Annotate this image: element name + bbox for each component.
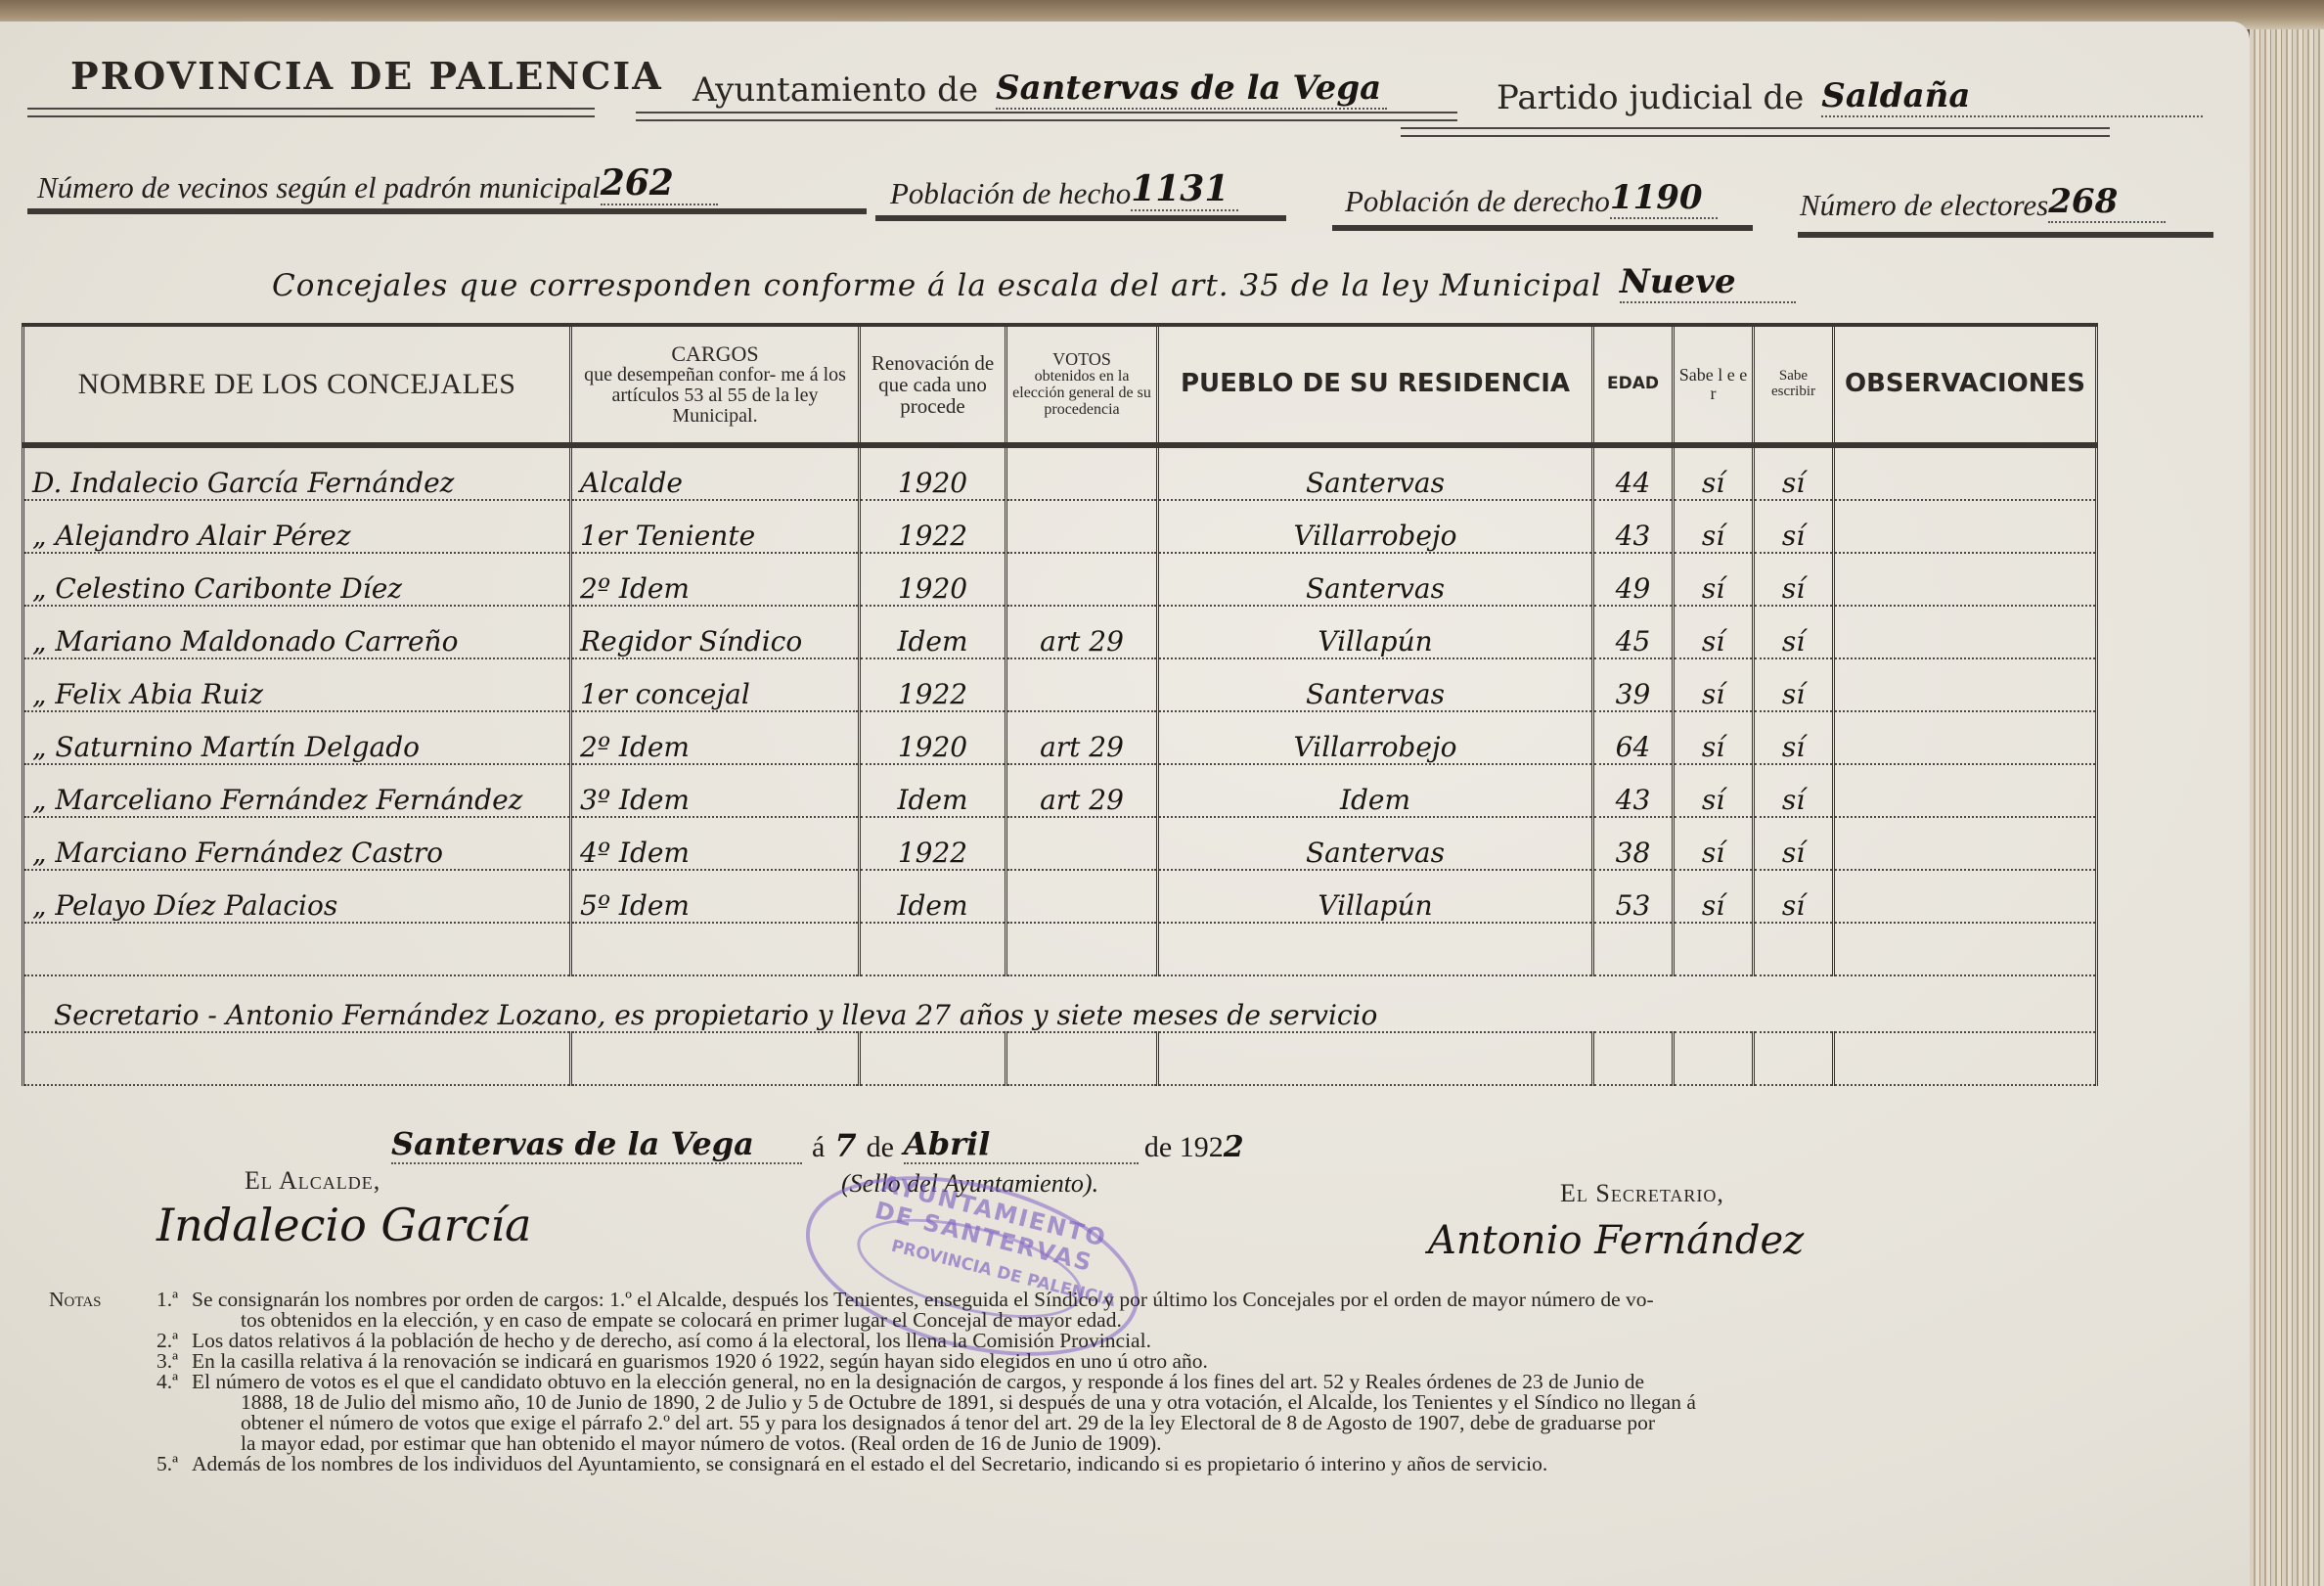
col-votos-sub: obtenidos en la elección general de su p… <box>1011 369 1152 418</box>
secretario-label: El Secretario, <box>1560 1179 1724 1208</box>
cell-empty <box>571 1032 860 1085</box>
col-cargos-title: CARGOS <box>576 342 854 365</box>
cell-cargo: Regidor Síndico <box>571 606 860 658</box>
cell-edad: 43 <box>1593 764 1674 817</box>
cell-nombre: „ Pelayo Díez Palacios <box>23 870 571 923</box>
cell-cargo: 1er concejal <box>571 658 860 711</box>
concejales-table: NOMBRE DE LOS CONCEJALES CARGOS que dese… <box>22 323 2095 1096</box>
secretario-text: Secretario - Antonio Fernández Lozano, e… <box>23 975 2097 1032</box>
table-row: D. Indalecio García Fernández Alcalde 19… <box>23 445 2097 500</box>
electores-label: Número de electores <box>1800 188 2048 223</box>
cell-empty <box>1834 1032 2097 1085</box>
cell-empty <box>1158 1032 1593 1085</box>
electores-field: Número de electores 268 <box>1800 168 2166 223</box>
note-number: 4.ª <box>139 1372 192 1392</box>
note-number: 2.ª <box>139 1331 192 1351</box>
notes-lead: Notas <box>49 1290 139 1310</box>
cell-empty <box>1754 1032 1834 1085</box>
cell-votos <box>1006 500 1158 553</box>
concejales-value: Nueve <box>1620 262 1796 303</box>
cell-cargo: 4º Idem <box>571 817 860 870</box>
note-text: Los datos relativos á la población de he… <box>192 1331 2220 1351</box>
cell-empty <box>1674 923 1754 975</box>
note-5: 5.ª Además de los nombres de los individ… <box>49 1454 2220 1474</box>
date-year-prefix: de 192 <box>1144 1131 1224 1164</box>
derecho-field: Población de derecho 1190 <box>1345 164 1718 219</box>
cell-votos <box>1006 870 1158 923</box>
cell-cargo: 2º Idem <box>571 711 860 764</box>
cell-pueblo: Santervas <box>1158 817 1593 870</box>
note-number: 5.ª <box>139 1454 192 1474</box>
col-renovacion: Renovación de que cada uno procede <box>860 325 1006 445</box>
cell-empty <box>571 923 860 975</box>
cell-leer: sí <box>1674 817 1754 870</box>
partido-field: Partido judicial de Saldaña <box>1497 59 2203 117</box>
cell-observaciones <box>1834 658 2097 711</box>
ayuntamiento-field: Ayuntamiento de Santervas de la Vega <box>693 51 1387 110</box>
cell-observaciones <box>1834 711 2097 764</box>
rule <box>1798 232 2213 238</box>
note-4-cont: la mayor edad, por estimar que han obten… <box>49 1433 2220 1454</box>
col-observaciones: OBSERVACIONES <box>1834 325 2097 445</box>
cell-pueblo: Villapún <box>1158 870 1593 923</box>
ayuntamiento-value: Santervas de la Vega <box>996 68 1387 110</box>
cell-empty <box>1158 923 1593 975</box>
vecinos-field: Número de vecinos según el padrón munici… <box>37 147 718 205</box>
cell-empty <box>1006 923 1158 975</box>
col-pueblo: PUEBLO DE SU RESIDENCIA <box>1158 325 1593 445</box>
cell-escribir: sí <box>1754 500 1834 553</box>
note-4: 4.ª El número de votos es el que el cand… <box>49 1372 2220 1392</box>
cell-nombre: „ Saturnino Martín Delgado <box>23 711 571 764</box>
cell-votos: art 29 <box>1006 764 1158 817</box>
cell-empty <box>23 923 571 975</box>
date-place: Santervas de la Vega <box>391 1125 802 1164</box>
page-edges <box>2250 29 2324 1586</box>
cell-escribir: sí <box>1754 764 1834 817</box>
concejales-label: Concejales que corresponden conforme á l… <box>272 268 1602 303</box>
cell-renovacion: 1922 <box>860 658 1006 711</box>
province-title: PROVINCIA DE PALENCIA <box>70 54 663 98</box>
cell-edad: 38 <box>1593 817 1674 870</box>
cell-cargo: 5º Idem <box>571 870 860 923</box>
hecho-field: Población de hecho 1131 <box>890 157 1238 211</box>
cell-observaciones <box>1834 445 2097 500</box>
table-row: „ Felix Abia Ruiz 1er concejal 1922 Sant… <box>23 658 2097 711</box>
cell-nombre: D. Indalecio García Fernández <box>23 445 571 500</box>
table-row: „ Alejandro Alair Pérez 1er Teniente 192… <box>23 500 2097 553</box>
table-row: „ Saturnino Martín Delgado 2º Idem 1920 … <box>23 711 2097 764</box>
cell-edad: 39 <box>1593 658 1674 711</box>
cell-pueblo: Santervas <box>1158 658 1593 711</box>
notes-section: Notas 1.ª Se consignarán los nombres por… <box>49 1290 2220 1474</box>
cell-cargo: 2º Idem <box>571 553 860 606</box>
hecho-value: 1131 <box>1131 168 1238 211</box>
electores-value: 268 <box>2048 182 2166 223</box>
cell-empty <box>1593 1032 1674 1085</box>
alcalde-label: El Alcalde, <box>245 1166 380 1196</box>
note-number: 1.ª <box>139 1290 192 1310</box>
cell-pueblo: Idem <box>1158 764 1593 817</box>
cell-renovacion: Idem <box>860 764 1006 817</box>
cell-renovacion: 1922 <box>860 500 1006 553</box>
cell-leer: sí <box>1674 606 1754 658</box>
cell-observaciones <box>1834 606 2097 658</box>
cell-observaciones <box>1834 500 2097 553</box>
cell-escribir: sí <box>1754 711 1834 764</box>
cell-nombre: „ Marceliano Fernández Fernández <box>23 764 571 817</box>
cell-renovacion: Idem <box>860 606 1006 658</box>
vecinos-value: 262 <box>601 162 718 205</box>
alcalde-signature: Indalecio García <box>156 1199 531 1251</box>
cell-leer: sí <box>1674 764 1754 817</box>
col-cargos-sub: que desempeñan confor- me á los artículo… <box>576 365 854 427</box>
cell-renovacion: 1920 <box>860 445 1006 500</box>
cell-votos: art 29 <box>1006 606 1158 658</box>
partido-label: Partido judicial de <box>1497 78 1804 117</box>
partido-value: Saldaña <box>1821 76 2203 117</box>
cell-pueblo: Santervas <box>1158 445 1593 500</box>
date-day: 7 <box>834 1127 856 1164</box>
table-row: „ Celestino Caribonte Díez 2º Idem 1920 … <box>23 553 2097 606</box>
province-title-block: PROVINCIA DE PALENCIA <box>70 49 663 98</box>
rule <box>875 215 1286 221</box>
note-3: 3.ª En la casilla relativa á la renovaci… <box>49 1351 2220 1372</box>
cell-empty <box>1674 1032 1754 1085</box>
cell-leer: sí <box>1674 500 1754 553</box>
date-month: Abril <box>904 1125 1139 1164</box>
rule <box>1401 127 2110 137</box>
cell-empty <box>1006 1032 1158 1085</box>
table-row-empty <box>23 923 2097 975</box>
col-votos: VOTOS obtenidos en la elección general d… <box>1006 325 1158 445</box>
note-1-cont: tos obtenidos en la elección, y en caso … <box>49 1310 2220 1331</box>
secretario-row: Secretario - Antonio Fernández Lozano, e… <box>23 975 2097 1032</box>
col-escribir: Sabe escribir <box>1754 325 1834 445</box>
cell-nombre: „ Marciano Fernández Castro <box>23 817 571 870</box>
col-votos-title: VOTOS <box>1011 350 1152 369</box>
cell-escribir: sí <box>1754 817 1834 870</box>
cell-empty <box>860 1032 1006 1085</box>
cell-observaciones <box>1834 870 2097 923</box>
cell-edad: 53 <box>1593 870 1674 923</box>
cell-empty <box>23 1032 571 1085</box>
cell-empty <box>1754 923 1834 975</box>
cell-edad: 44 <box>1593 445 1674 500</box>
cell-votos <box>1006 445 1158 500</box>
note-text: El número de votos es el que el candidat… <box>192 1372 2220 1392</box>
cell-empty <box>1593 923 1674 975</box>
secretario-signature: Antonio Fernández <box>1428 1218 1804 1263</box>
cell-leer: sí <box>1674 711 1754 764</box>
rule <box>1332 225 1753 231</box>
cell-edad: 43 <box>1593 500 1674 553</box>
col-leer: Sabe l e e r <box>1674 325 1754 445</box>
hecho-label: Población de hecho <box>890 176 1131 211</box>
vecinos-label: Número de vecinos según el padrón munici… <box>37 170 601 205</box>
rule <box>27 108 595 117</box>
cell-leer: sí <box>1674 870 1754 923</box>
cell-escribir: sí <box>1754 870 1834 923</box>
note-1: Notas 1.ª Se consignarán los nombres por… <box>49 1290 2220 1310</box>
cell-pueblo: Villapún <box>1158 606 1593 658</box>
col-edad: EDAD <box>1593 325 1674 445</box>
cell-cargo: 1er Teniente <box>571 500 860 553</box>
cell-cargo: 3º Idem <box>571 764 860 817</box>
date-de: de <box>867 1131 894 1164</box>
date-a: á <box>812 1131 825 1164</box>
rule <box>636 112 1457 121</box>
cell-edad: 64 <box>1593 711 1674 764</box>
cell-escribir: sí <box>1754 445 1834 500</box>
table-row-empty <box>23 1032 2097 1085</box>
table-row: „ Marceliano Fernández Fernández 3º Idem… <box>23 764 2097 817</box>
ayuntamiento-label: Ayuntamiento de <box>693 70 978 110</box>
cell-nombre: „ Felix Abia Ruiz <box>23 658 571 711</box>
derecho-value: 1190 <box>1610 178 1718 219</box>
cell-cargo: Alcalde <box>571 445 860 500</box>
note-text: Se consignarán los nombres por orden de … <box>192 1290 2220 1310</box>
cell-votos <box>1006 817 1158 870</box>
rule <box>27 208 867 214</box>
cell-renovacion: 1920 <box>860 553 1006 606</box>
note-text: En la casilla relativa á la renovación s… <box>192 1351 2220 1372</box>
cell-leer: sí <box>1674 553 1754 606</box>
cell-edad: 49 <box>1593 553 1674 606</box>
cell-votos: art 29 <box>1006 711 1158 764</box>
derecho-label: Población de derecho <box>1345 184 1610 219</box>
cell-pueblo: Santervas <box>1158 553 1593 606</box>
cell-escribir: sí <box>1754 606 1834 658</box>
note-4-cont: 1888, 18 de Julio del mismo año, 10 de J… <box>49 1392 2220 1413</box>
note-number: 3.ª <box>139 1351 192 1372</box>
cell-renovacion: 1920 <box>860 711 1006 764</box>
cell-leer: sí <box>1674 445 1754 500</box>
table-row: „ Marciano Fernández Castro 4º Idem 1922… <box>23 817 2097 870</box>
note-4-cont: obtener el número de votos que exige el … <box>49 1413 2220 1433</box>
cell-observaciones <box>1834 817 2097 870</box>
concejales-field: Concejales que corresponden conforme á l… <box>272 245 1796 303</box>
cell-nombre: „ Mariano Maldonado Carreño <box>23 606 571 658</box>
cell-observaciones <box>1834 764 2097 817</box>
col-cargos: CARGOS que desempeñan confor- me á los a… <box>571 325 860 445</box>
table-row: „ Pelayo Díez Palacios 5º Idem Idem Vill… <box>23 870 2097 923</box>
date-line: Santervas de la Vega á 7 de Abril de 192… <box>391 1106 1244 1164</box>
table-row: „ Mariano Maldonado Carreño Regidor Sínd… <box>23 606 2097 658</box>
date-year-suffix: 2 <box>1224 1130 1244 1164</box>
cell-empty <box>860 923 1006 975</box>
cell-observaciones <box>1834 553 2097 606</box>
cell-renovacion: Idem <box>860 870 1006 923</box>
note-2: 2.ª Los datos relativos á la población d… <box>49 1331 2220 1351</box>
cell-nombre: „ Celestino Caribonte Díez <box>23 553 571 606</box>
cell-edad: 45 <box>1593 606 1674 658</box>
col-nombre: NOMBRE DE LOS CONCEJALES <box>23 325 571 445</box>
cell-renovacion: 1922 <box>860 817 1006 870</box>
note-text: Además de los nombres de los individuos … <box>192 1454 2220 1474</box>
cell-votos <box>1006 658 1158 711</box>
cell-escribir: sí <box>1754 553 1834 606</box>
table-header-row: NOMBRE DE LOS CONCEJALES CARGOS que dese… <box>23 325 2097 445</box>
cell-empty <box>1834 923 2097 975</box>
cell-pueblo: Villarrobejo <box>1158 711 1593 764</box>
cell-nombre: „ Alejandro Alair Pérez <box>23 500 571 553</box>
cell-votos <box>1006 553 1158 606</box>
cell-escribir: sí <box>1754 658 1834 711</box>
cell-pueblo: Villarrobejo <box>1158 500 1593 553</box>
cell-leer: sí <box>1674 658 1754 711</box>
